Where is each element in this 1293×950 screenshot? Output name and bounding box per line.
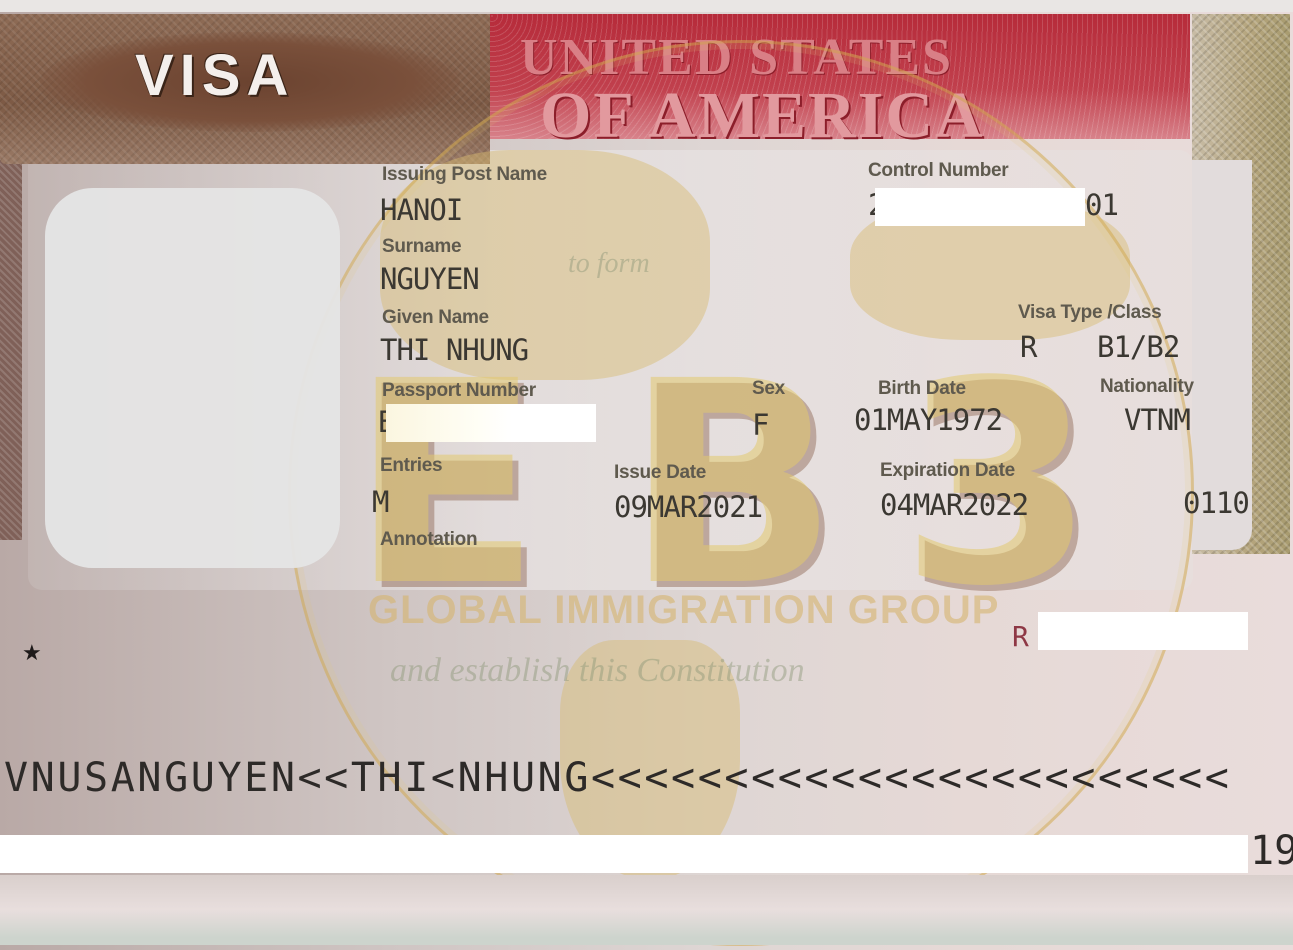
passport-number-redaction <box>386 404 596 442</box>
annotation-label: Annotation <box>380 529 477 551</box>
star-marker-icon: ★ <box>22 640 42 666</box>
nationality-label: Nationality <box>1100 376 1194 398</box>
given-name-value: THI NHUNG <box>380 333 528 367</box>
issuing-post-value: HANOI <box>380 193 462 227</box>
expiration-date-label: Expiration Date <box>880 460 1015 482</box>
sex-value: F <box>752 408 768 442</box>
background-script-text: and establish this Constitution <box>390 652 805 690</box>
control-number-label: Control Number <box>868 160 1008 182</box>
watermark-tagline: GLOBAL IMMIGRATION GROUP <box>368 588 999 633</box>
expiration-date-value: 04MAR2022 <box>880 488 1028 522</box>
entries-value: M <box>372 485 388 519</box>
sex-label: Sex <box>752 378 785 400</box>
entries-label: Entries <box>380 455 442 477</box>
visa-type-value: R <box>1020 330 1036 364</box>
issuing-post-label: Issuing Post Name <box>382 164 547 186</box>
visa-document: VISA UNITED STATES OF AMERICA to form an… <box>0 0 1293 950</box>
mrz-line-2-redaction <box>0 835 1248 873</box>
mrz-line-1: VNUSANGUYEN<<THI<NHUNG<<<<<<<<<<<<<<<<<<… <box>4 755 1231 801</box>
serial-code-value: 0110 <box>1183 486 1249 520</box>
control-number-suffix: 01 <box>1085 188 1118 222</box>
bottom-strip <box>0 875 1293 945</box>
background-script-text: to form <box>568 248 650 280</box>
annotation-code-prefix: R <box>1012 620 1029 653</box>
visa-title: VISA <box>135 42 294 109</box>
holder-photo-redacted <box>45 188 340 568</box>
control-number-redaction <box>875 188 1085 226</box>
surname-label: Surname <box>382 236 461 258</box>
birth-date-label: Birth Date <box>878 378 966 400</box>
visa-class-value: B1/B2 <box>1097 330 1179 364</box>
surname-value: NGUYEN <box>380 262 479 296</box>
nationality-value: VTNM <box>1124 403 1190 437</box>
passport-number-label: Passport Number <box>382 380 536 402</box>
birth-date-value: 01MAY1972 <box>854 403 1002 437</box>
annotation-code-redaction <box>1038 612 1248 650</box>
given-name-label: Given Name <box>382 307 489 329</box>
watermark-letter-b: B <box>625 345 838 625</box>
mrz-line-2-suffix: 19 <box>1250 828 1293 874</box>
visa-type-class-label: Visa Type /Class <box>1018 302 1161 324</box>
issue-date-value: 09MAR2021 <box>614 490 762 524</box>
issue-date-label: Issue Date <box>614 462 706 484</box>
left-guilloche-border <box>0 160 22 540</box>
